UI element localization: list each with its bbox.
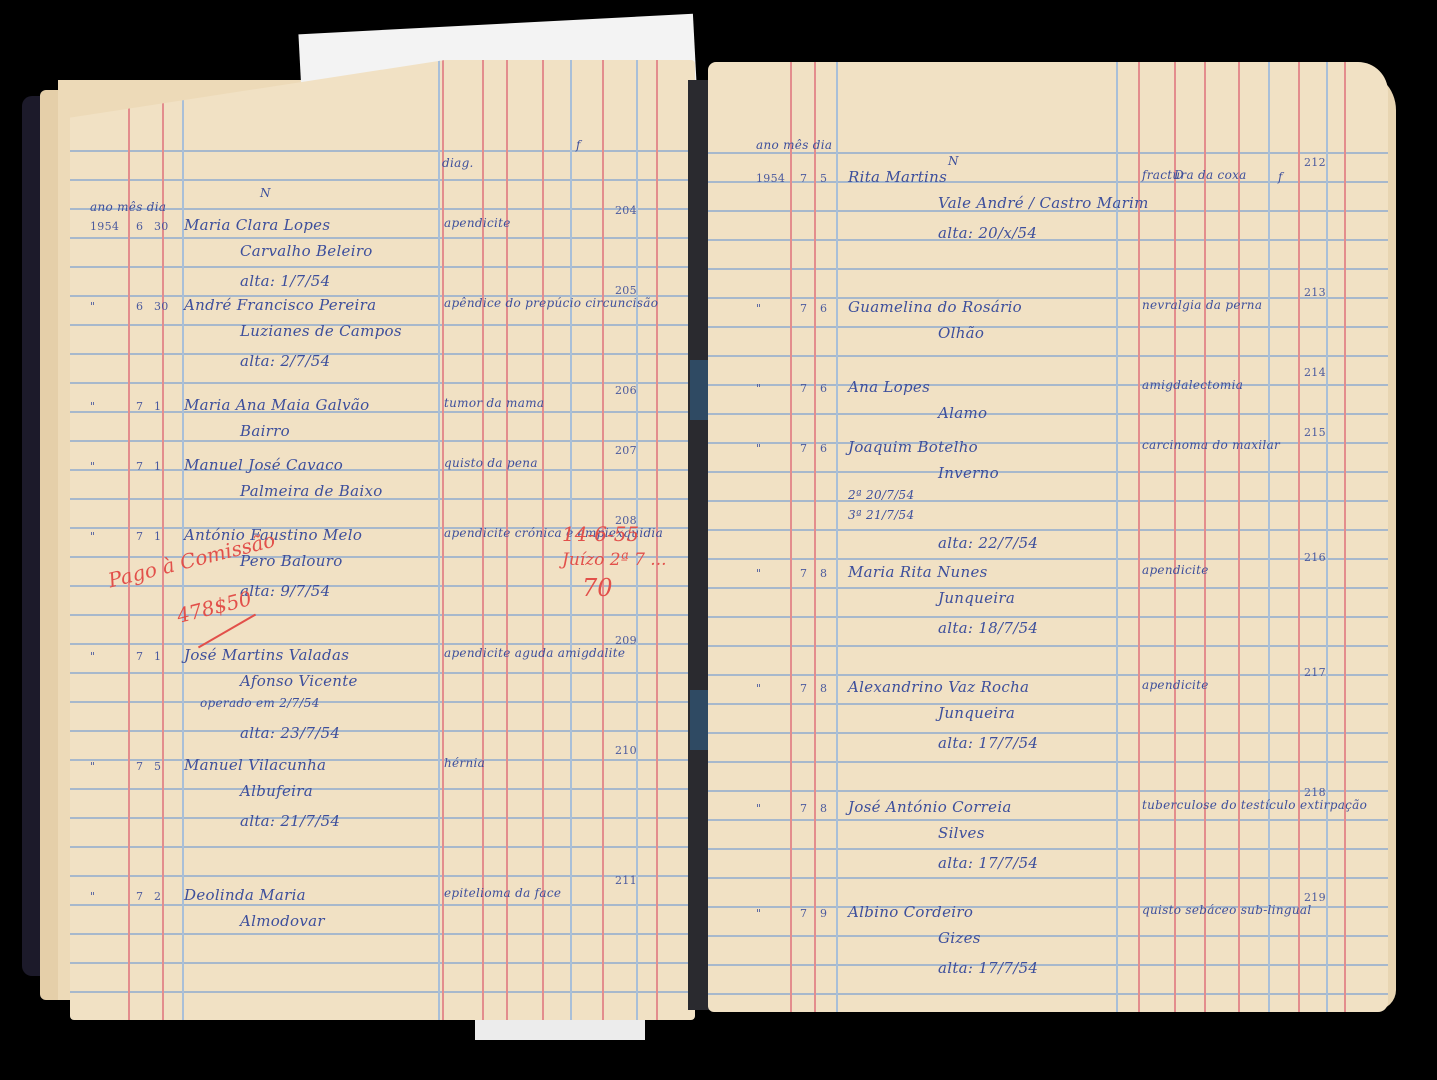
entry-day: 1 <box>154 460 161 473</box>
entry-year: " <box>90 890 95 903</box>
column-rule <box>1174 62 1176 1012</box>
diagnosis: apêndice do prepúcio circuncisão <box>444 296 658 310</box>
patient-name: Rita Martins <box>848 168 947 186</box>
discharge-date: alta: 20/x/54 <box>938 224 1037 242</box>
entry-month: 7 <box>800 302 807 315</box>
ruled-line <box>708 761 1388 763</box>
diagnosis: fractura da coxa <box>1142 168 1247 182</box>
entry-year: " <box>756 802 761 815</box>
patient-name: André Francisco Pereira <box>184 296 376 314</box>
entry-day: 5 <box>820 172 827 185</box>
entry-month: 6 <box>136 300 143 313</box>
column-rule <box>442 60 444 1020</box>
patient-name: José António Correia <box>848 798 1012 816</box>
entry-year: " <box>90 760 95 773</box>
entry-number: 215 <box>1304 426 1326 439</box>
entry-year: " <box>756 302 761 315</box>
entry-month: 7 <box>136 760 143 773</box>
patient-place: Luzianes de Campos <box>240 322 402 340</box>
entry-number: 207 <box>615 444 637 457</box>
ruled-line <box>708 181 1388 183</box>
column-rule <box>438 60 440 1020</box>
entry-month: 7 <box>136 460 143 473</box>
diagnosis: apendicite <box>1142 563 1209 577</box>
entry-number: 214 <box>1304 366 1326 379</box>
discharge-date: alta: 9/7/54 <box>240 582 330 600</box>
entry-number: 209 <box>615 634 637 647</box>
discharge-date: alta: 18/7/54 <box>938 619 1038 637</box>
ruled-line <box>708 732 1388 734</box>
entry-year: " <box>756 907 761 920</box>
header-name: N <box>948 154 959 168</box>
entry-month: 6 <box>136 220 143 233</box>
ruled-line <box>708 268 1388 270</box>
entry-number: 212 <box>1304 156 1326 169</box>
entry-month: 7 <box>800 682 807 695</box>
header-diagnosis: diag. <box>442 156 474 170</box>
patient-name: Guamelina do Rosário <box>848 298 1022 316</box>
entry-month: 7 <box>800 382 807 395</box>
patient-name: Alexandrino Vaz Rocha <box>848 678 1029 696</box>
entry-day: 8 <box>820 682 827 695</box>
patient-place: Palmeira de Baixo <box>240 482 383 500</box>
patient-place: Olhão <box>938 324 984 342</box>
column-rule <box>814 62 816 1012</box>
entry-day: 8 <box>820 802 827 815</box>
discharge-date: alta: 23/7/54 <box>240 724 340 742</box>
entry-month: 7 <box>800 172 807 185</box>
column-rule <box>1344 62 1346 1012</box>
ruled-line <box>708 964 1388 966</box>
patient-name: Albino Cordeiro <box>848 903 973 921</box>
entry-year: " <box>90 460 95 473</box>
entry-number: 219 <box>1304 891 1326 904</box>
discharge-date: alta: 17/7/54 <box>938 854 1038 872</box>
entry-year: 1954 <box>90 220 119 233</box>
entry-day: 6 <box>820 382 827 395</box>
patient-place: Bairro <box>240 422 290 440</box>
patient-name: Joaquim Botelho <box>848 438 978 456</box>
patient-place: Gizes <box>938 929 981 947</box>
entry-year: " <box>756 682 761 695</box>
entry-year: " <box>756 442 761 455</box>
ruled-line <box>708 558 1388 560</box>
entry-year: 1954 <box>756 172 785 185</box>
column-rule <box>506 60 508 1020</box>
entry-number: 210 <box>615 744 637 757</box>
entry-year: " <box>90 300 95 313</box>
entry-day: 2 <box>154 890 161 903</box>
header-number: f <box>1278 170 1283 184</box>
patient-place: Albufeira <box>240 782 313 800</box>
entry-number: 204 <box>615 204 637 217</box>
patient-place: Afonso Vicente <box>240 672 358 690</box>
diagnosis: apendicite <box>444 216 511 230</box>
diagnosis: epitelioma da face <box>444 886 561 900</box>
column-rule <box>542 60 544 1020</box>
diagnosis: tumor da mama <box>444 396 544 410</box>
header-date-columns: ano mês dia <box>90 200 166 214</box>
ruled-line <box>708 500 1388 502</box>
entry-number: 213 <box>1304 286 1326 299</box>
patient-place: Junqueira <box>938 589 1015 607</box>
diagnosis: amigdalectomia <box>1142 378 1243 392</box>
ruled-line <box>708 645 1388 647</box>
diagnosis: quisto sebáceo sub-lingual <box>1142 903 1311 917</box>
diagnosis: apendicite aguda amigdalite <box>444 646 625 660</box>
patient-place: Almodovar <box>240 912 325 930</box>
column-rule <box>1298 62 1300 1012</box>
ruled-line <box>708 819 1388 821</box>
entry-day: 1 <box>154 400 161 413</box>
column-rule <box>836 62 838 1012</box>
entry-note: operado em 2/7/54 <box>200 696 320 710</box>
entry-month: 7 <box>800 802 807 815</box>
entry-month: 7 <box>136 530 143 543</box>
entry-number: 216 <box>1304 551 1326 564</box>
entry-day: 1 <box>154 650 161 663</box>
discharge-date: alta: 2/7/54 <box>240 352 330 370</box>
patient-name: Ana Lopes <box>848 378 930 396</box>
entry-number: 218 <box>1304 786 1326 799</box>
column-rule <box>1204 62 1206 1012</box>
ruled-line <box>708 935 1388 937</box>
patient-name: Maria Ana Maia Galvão <box>184 396 369 414</box>
discharge-date: alta: 17/7/54 <box>938 959 1038 977</box>
discharge-date: alta: 17/7/54 <box>938 734 1038 752</box>
ruled-line <box>708 848 1388 850</box>
entry-year: " <box>90 650 95 663</box>
ruled-line <box>708 616 1388 618</box>
ruled-line <box>708 790 1388 792</box>
entry-number: 211 <box>615 874 637 887</box>
column-rule <box>1326 62 1328 1012</box>
patient-place: Inverno <box>938 464 999 482</box>
discharge-date: alta: 22/7/54 <box>938 534 1038 552</box>
entry-day: 1 <box>154 530 161 543</box>
column-rule <box>1238 62 1240 1012</box>
entry-day: 6 <box>820 302 827 315</box>
entry-month: 7 <box>136 400 143 413</box>
patient-name: Maria Rita Nunes <box>848 563 988 581</box>
discharge-date: alta: 21/7/54 <box>240 812 340 830</box>
patient-name: Manuel Vilacunha <box>184 756 326 774</box>
ruled-line <box>708 413 1388 415</box>
entry-day: 9 <box>820 907 827 920</box>
entry-number: 206 <box>615 384 637 397</box>
entry-day: 5 <box>154 760 161 773</box>
patient-place: Vale André / Castro Marim <box>938 194 1149 212</box>
entry-year: " <box>90 400 95 413</box>
ruled-line <box>708 297 1388 299</box>
header-number: f <box>576 138 581 152</box>
ruled-line <box>708 471 1388 473</box>
entry-month: 7 <box>136 650 143 663</box>
diagnosis: tuberculose do testículo extirpação <box>1142 798 1367 812</box>
ruled-line <box>708 674 1388 676</box>
right-ledger-page: ano mês dia N D f 195475Rita MartinsVale… <box>708 62 1388 1012</box>
column-rule <box>482 60 484 1020</box>
header-name: N <box>260 186 271 200</box>
red-note: Juízo 2ª 7 ... <box>562 550 667 570</box>
patient-place: Carvalho Beleiro <box>240 242 373 260</box>
patient-place: Silves <box>938 824 985 842</box>
diagnosis: nevralgia da perna <box>1142 298 1262 312</box>
diagnosis: quisto da pena <box>444 456 538 470</box>
entry-day: 6 <box>820 442 827 455</box>
ruled-line <box>708 529 1388 531</box>
patient-name: Maria Clara Lopes <box>184 216 330 234</box>
diagnosis: apendicite <box>1142 678 1209 692</box>
ruled-line <box>708 355 1388 357</box>
patient-place: Junqueira <box>938 704 1015 722</box>
patient-place: Alamo <box>938 404 987 422</box>
red-date: 14-6-55 <box>562 522 639 546</box>
entry-month: 7 <box>800 907 807 920</box>
entry-day: 30 <box>154 300 169 313</box>
column-rule <box>656 60 658 1020</box>
ruled-line <box>708 326 1388 328</box>
ruled-line <box>708 993 1388 995</box>
entry-year: " <box>756 382 761 395</box>
entry-note: 2ª 20/7/54 <box>848 488 914 502</box>
patient-name: Deolinda Maria <box>184 886 306 904</box>
left-ledger-page: ano mês dia N diag. f 1954630Maria Clara… <box>70 60 695 1020</box>
red-value: 70 <box>582 574 613 602</box>
ruled-line <box>708 877 1388 879</box>
patient-name: José Martins Valadas <box>184 646 349 664</box>
ruled-line <box>708 587 1388 589</box>
ruled-line <box>708 152 1388 154</box>
entry-note: 3ª 21/7/54 <box>848 508 914 522</box>
entry-year: " <box>90 530 95 543</box>
diagnosis: hérnia <box>444 756 485 770</box>
entry-day: 30 <box>154 220 169 233</box>
column-rule <box>1268 62 1270 1012</box>
entry-month: 7 <box>136 890 143 903</box>
discharge-date: alta: 1/7/54 <box>240 272 330 290</box>
ruled-line <box>708 384 1388 386</box>
diagnosis: carcinoma do maxilar <box>1142 438 1280 452</box>
column-rule <box>790 62 792 1012</box>
ruled-line <box>708 239 1388 241</box>
entry-year: " <box>756 567 761 580</box>
header-date-columns: ano mês dia <box>756 138 832 152</box>
entry-number: 217 <box>1304 666 1326 679</box>
entry-number: 205 <box>615 284 637 297</box>
entry-month: 7 <box>800 567 807 580</box>
patient-name: Manuel José Cavaco <box>184 456 343 474</box>
entry-month: 7 <box>800 442 807 455</box>
entry-day: 8 <box>820 567 827 580</box>
ruled-line <box>708 703 1388 705</box>
ruled-line <box>708 442 1388 444</box>
